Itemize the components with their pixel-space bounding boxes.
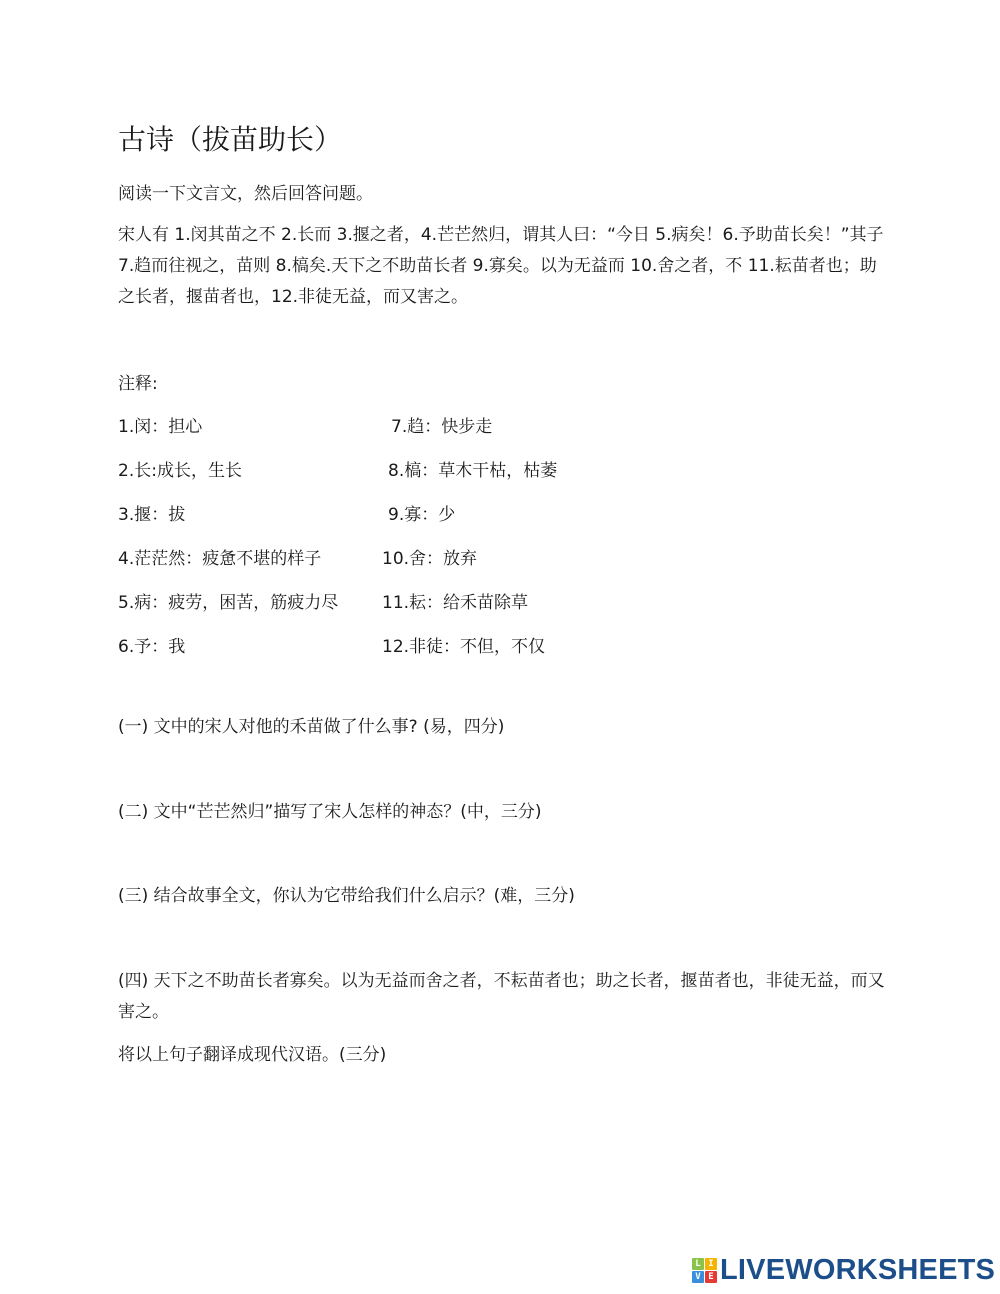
intro-text: 阅读一下文言文，然后回答问题。 [118,179,373,204]
note-10: 10.舍：放弃 [382,544,477,569]
note-3: 3.揠：拔 [118,500,185,525]
note-6: 6.予：我 [118,632,185,657]
liveworksheets-logo: L I V E LIVEWORKSHEETS [692,1256,995,1284]
logo-wordmark: LIVEWORKSHEETS [720,1256,995,1284]
note-4: 4.茫茫然：疲惫不堪的样子 [118,544,321,569]
note-9: 9.寡：少 [388,500,455,525]
note-2: 2.长:成长，生长 [118,456,242,481]
live-grid-cell: L [692,1258,704,1270]
live-grid-cell: E [705,1271,717,1283]
question-3: (三) 结合故事全文，你认为它带给我们什么启示？(难，三分) [118,881,888,912]
note-7: 7.趋：快步走 [391,412,492,437]
live-grid-icon: L I V E [692,1258,717,1283]
question-4-instruction: 将以上句子翻译成现代汉语。(三分) [118,1040,888,1071]
notes-label: 注释: [118,369,158,394]
live-grid-cell: I [705,1258,717,1270]
question-4: (四) 天下之不助苗长者寡矣。以为无益而舍之者，不耘苗者也；助之长者，揠苗者也，… [118,966,888,1028]
live-grid-cell: V [692,1271,704,1283]
note-11: 11.耘：给禾苗除草 [382,588,528,613]
note-5: 5.病：疲劳，困苦，筋疲力尽 [118,588,338,613]
question-2: (二) 文中“芒芒然归”描写了宋人怎样的神态？(中，三分) [118,797,888,828]
note-12: 12.非徒：不但，不仅 [382,632,545,657]
page-title: 古诗（拔苗助长） [118,118,342,158]
note-1: 1.闵：担心 [118,412,202,437]
question-1: (一) 文中的宋人对他的禾苗做了什么事? (易，四分) [118,712,888,743]
note-8: 8.槁：草木干枯，枯萎 [388,456,557,481]
classical-passage: 宋人有 1.闵其苗之不 2.长而 3.揠之者，4.芒芒然归，谓其人曰：“今日 5… [118,220,888,313]
